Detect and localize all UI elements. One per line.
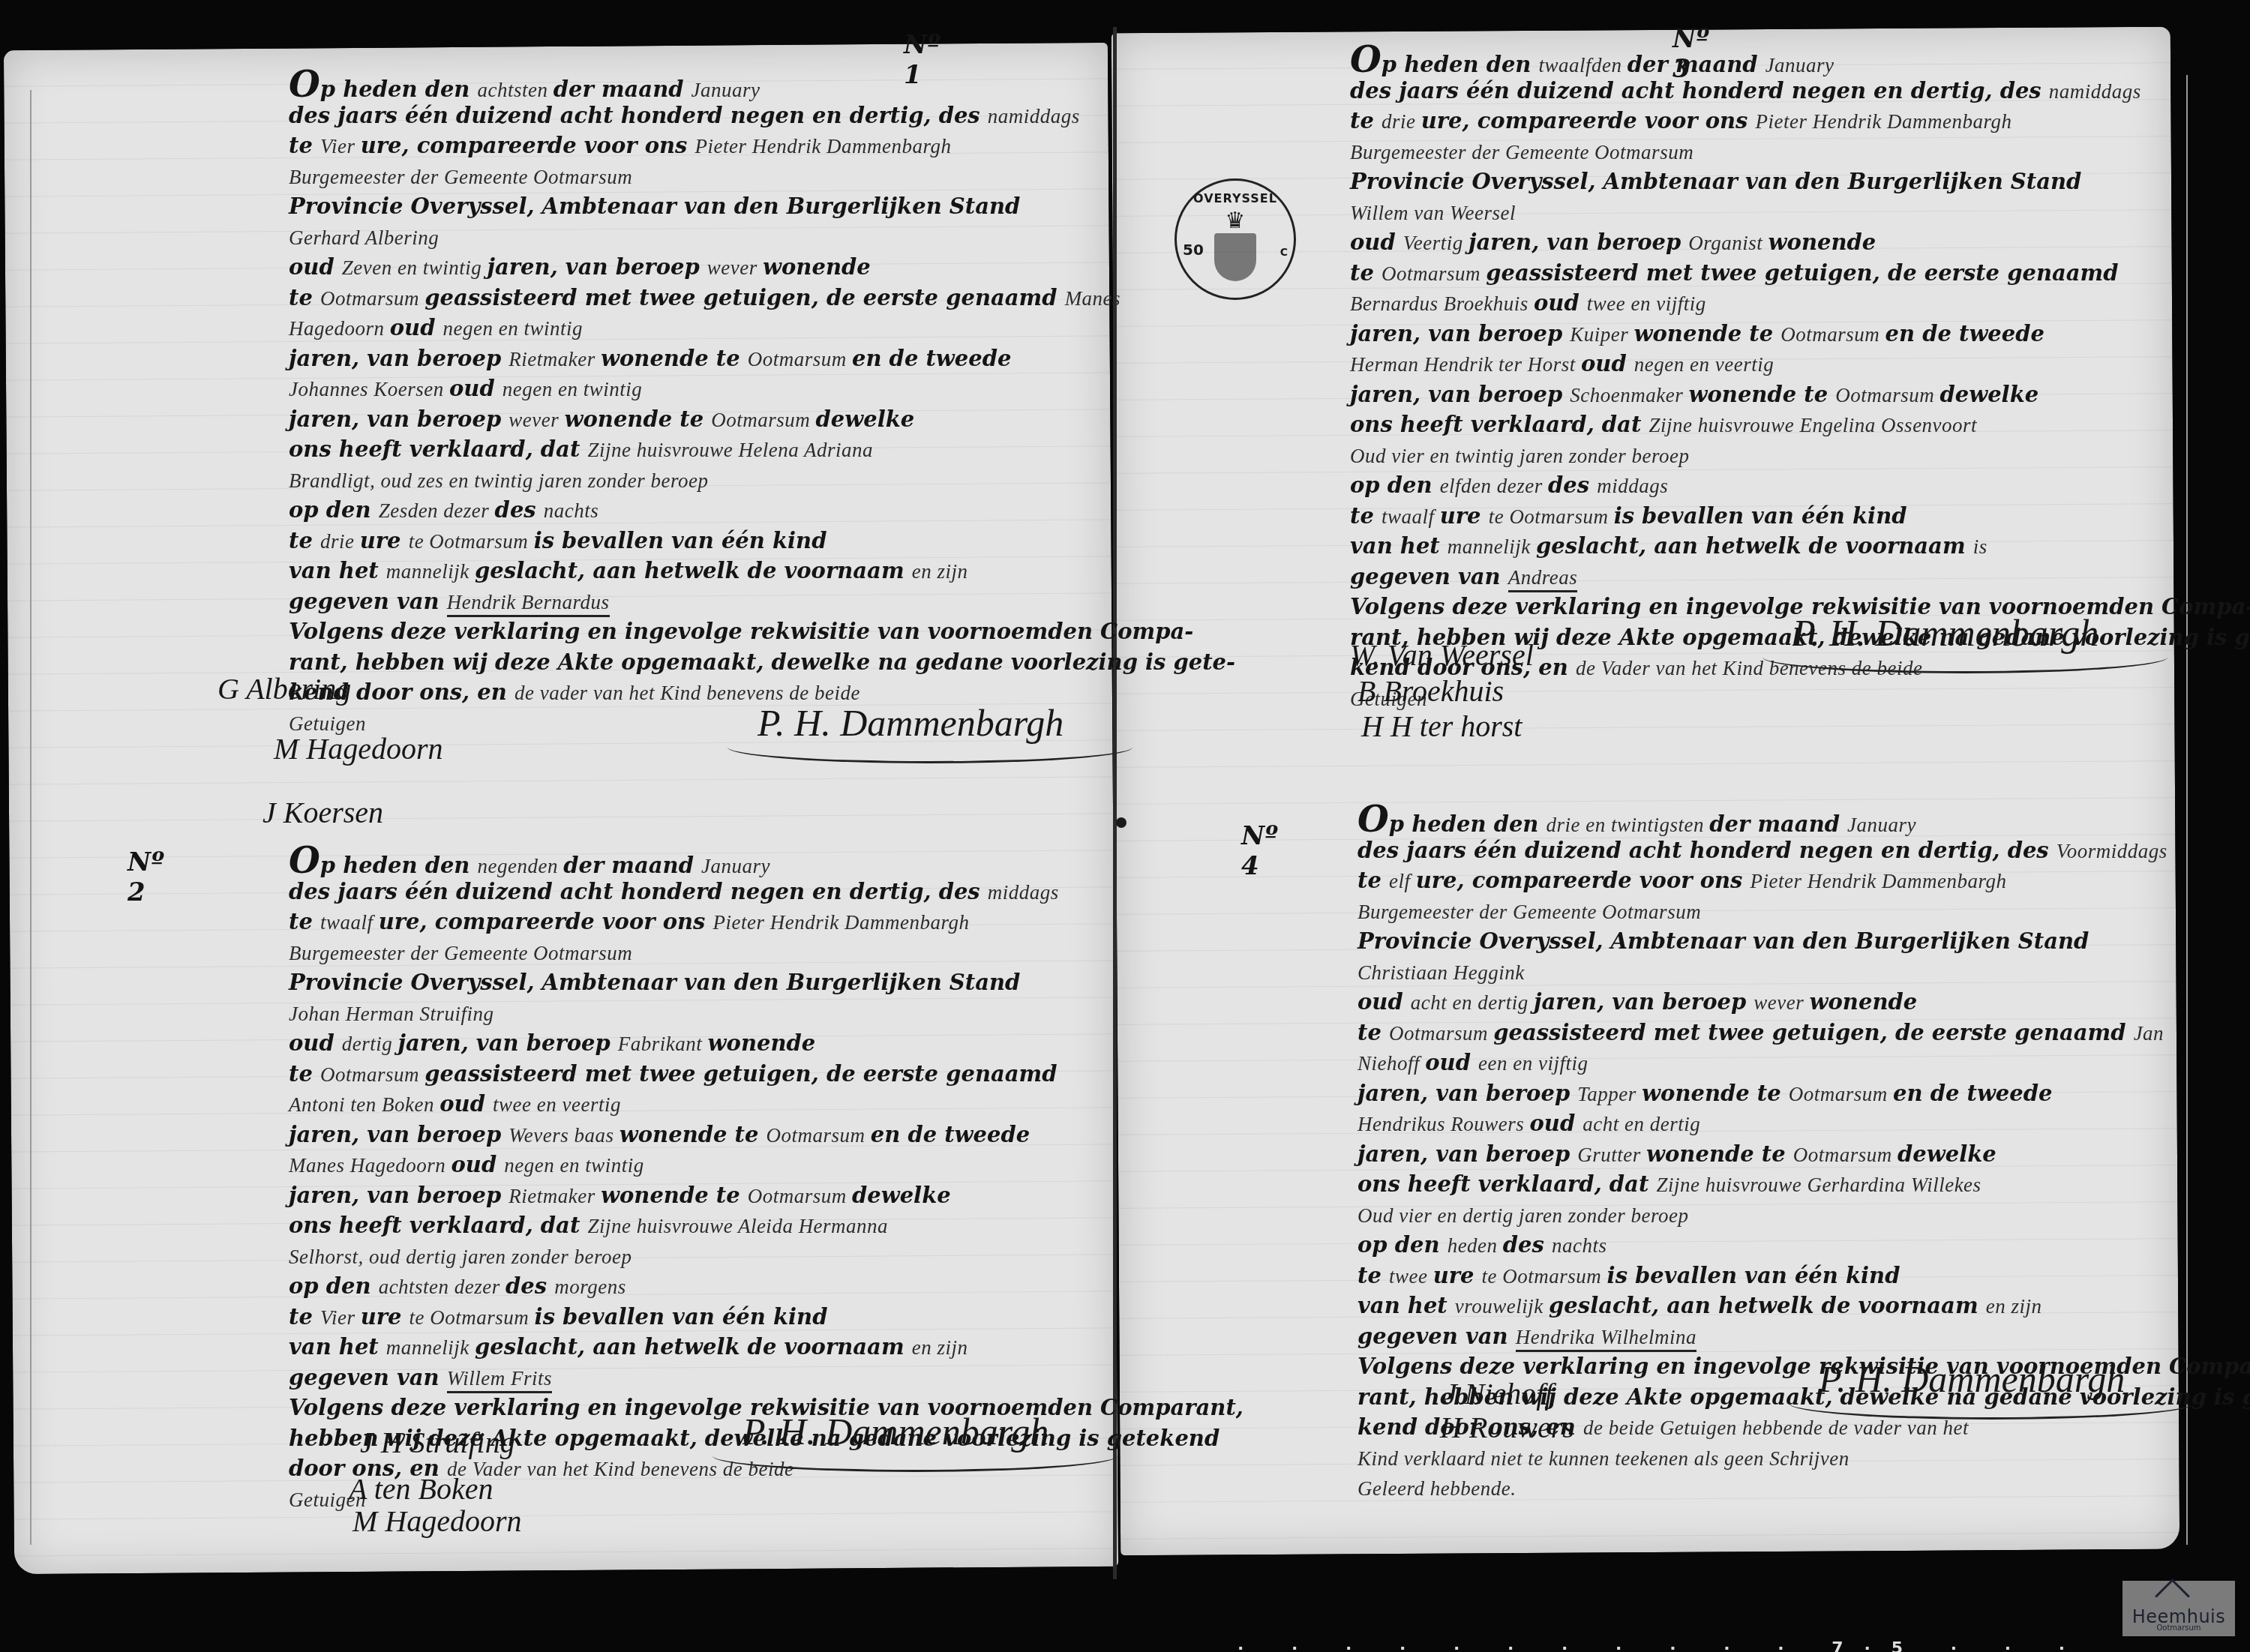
printed-text: jaren, van beroep (1350, 382, 1570, 407)
handwritten-entry: en zijn (912, 560, 968, 583)
printed-text: Provincie Overyssel, Ambtenaar van den B… (1357, 928, 2089, 954)
record-line: oud dertig jaren, van beroep Fabrikant w… (289, 1030, 815, 1057)
printed-text: wonende te (1634, 321, 1781, 346)
printed-text: ons heeft verklaard, dat (289, 436, 587, 462)
record-line: te Ootmarsum geassisteerd met twee getui… (1357, 1019, 2164, 1047)
printed-text: op den (1350, 472, 1440, 498)
overyssel-seal-stamp: OVERYSSEL ♛ 50 C (1174, 178, 1296, 300)
handwritten-entry: acht en dertig (1582, 1113, 1700, 1135)
handwritten-entry: Johan Herman Struifing (289, 1003, 494, 1025)
printed-text: te (1350, 503, 1381, 529)
printed-text: geslacht, aan hetwelk de voornaam (1536, 533, 1973, 559)
printed-text: des (1503, 1232, 1552, 1258)
handwritten-entry: morgens (554, 1276, 626, 1298)
printed-text: dewelke (852, 1183, 951, 1208)
handwritten-entry: Ootmarsum (711, 409, 815, 431)
printed-text: te (289, 1304, 320, 1330)
handwritten-entry: te Ootmarsum (409, 1306, 535, 1329)
printed-text: wonende (708, 1030, 816, 1056)
handwritten-entry: mannelijk (386, 560, 475, 583)
handwritten-entry: Antoni ten Boken (289, 1093, 439, 1116)
handwritten-entry: Zijne huisvrouwe Aleida Hermanna (587, 1215, 888, 1237)
witness-signature: G Albering (217, 671, 351, 706)
handwritten-entry: acht en dertig (1411, 991, 1534, 1014)
record-line: Christiaan Heggink (1357, 958, 1525, 986)
record-line: des jaars één duizend acht honderd negen… (1350, 77, 2141, 105)
handwritten-entry: en zijn (1986, 1295, 2042, 1318)
printed-text: wonende te (601, 1183, 748, 1208)
printed-text: geslacht, aan hetwelk de voornaam (1549, 1293, 1986, 1318)
printed-text: geslacht, aan hetwelk de voornaam (475, 558, 912, 583)
handwritten-entry: wever (508, 409, 564, 431)
record-line: te drie ure, compareerde voor ons Pieter… (1350, 107, 2011, 135)
printed-text: op den (1357, 1232, 1447, 1258)
printed-text: p heden den (1381, 52, 1539, 77)
handwritten-entry: Organist (1688, 232, 1768, 254)
printed-text: dewelke (1897, 1141, 1996, 1167)
record-line: Hagedoorn oud negen en twintig (289, 314, 583, 342)
handwritten-entry: Ootmarsum (748, 348, 852, 370)
handwritten-entry: Vier (320, 135, 361, 157)
printed-text: en de tweede (1893, 1081, 2052, 1106)
handwritten-entry: negen en twintig (502, 378, 642, 400)
witness-signature: J Koersen (262, 795, 383, 830)
printed-text: jaren, van beroep (289, 406, 508, 432)
witness-signature: A ten Boken (349, 1471, 493, 1507)
printed-text: te (1350, 260, 1381, 286)
witness-signature: B Broekhuis (1357, 673, 1504, 709)
printed-text: te (289, 285, 320, 310)
handwritten-entry: te Ootmarsum (1489, 505, 1614, 528)
record-line: Provincie Overyssel, Ambtenaar van den B… (1350, 168, 2081, 195)
printed-text: rant, hebben wij deze Akte opgemaakt, de… (289, 649, 1235, 675)
printed-text: oud (1357, 989, 1411, 1015)
initial-capital: O (289, 840, 320, 882)
printed-text: wonende (763, 254, 871, 280)
child-given-name: Andreas (1508, 566, 1578, 592)
handwritten-entry: achtsten dezer (379, 1276, 505, 1298)
printed-text: te (1357, 1020, 1389, 1045)
printed-text: oud (1534, 290, 1587, 316)
printed-text: p heden den (320, 76, 478, 102)
record-line: des jaars één duizend acht honderd negen… (1357, 837, 2167, 865)
printed-text: te (1357, 1263, 1389, 1288)
printed-text: oud (1425, 1050, 1478, 1075)
record-line: op den elfden dezer des middags (1350, 472, 1668, 499)
record-line: te Vier ure te Ootmarsum is bevallen van… (289, 1303, 827, 1331)
printed-text: en de tweede (852, 346, 1011, 371)
handwritten-entry: twaalf (1381, 505, 1440, 528)
record-line: Antoni ten Boken oud twee en veertig (289, 1090, 621, 1118)
record-number: Nº 1 (904, 30, 941, 90)
handwritten-entry: middags (1597, 475, 1668, 497)
record-line: Johan Herman Struifing (289, 1000, 494, 1027)
printed-text: jaren, van beroep (1534, 989, 1753, 1015)
record-line: Herman Hendrik ter Horst oud negen en ve… (1350, 350, 1774, 378)
handwritten-entry: Schoenmaker (1570, 384, 1688, 406)
record-line: te Ootmarsum geassisteerd met twee getui… (289, 284, 1120, 312)
handwritten-entry: Hagedoorn (289, 317, 390, 340)
binding-thread-icon (1116, 817, 1126, 828)
printed-text: wonende (1810, 989, 1918, 1015)
printed-text: oud (451, 1152, 504, 1177)
heemhuis-logo: Heemhuis Ootmarsum (2122, 1581, 2235, 1636)
printed-text: p heden den (1389, 811, 1546, 837)
record-line: Burgemeester der Gemeente Ootmarsum (1350, 138, 1693, 166)
record-line: Niehoff oud een en vijftig (1357, 1049, 1588, 1077)
printed-text: der maand (1627, 52, 1765, 77)
handwritten-entry: Burgemeester der Gemeente Ootmarsum (289, 166, 632, 188)
handwritten-entry: Vier (320, 1306, 361, 1329)
handwritten-entry: Gerhard Albering (289, 226, 439, 249)
record-line: Op heden den drie en twintigsten der maa… (1357, 806, 1916, 838)
printed-text: oud (449, 376, 502, 401)
record-line: jaren, van beroep Rietmaker wonende te O… (289, 345, 1011, 373)
printed-text: te (1350, 108, 1381, 133)
handwritten-entry: nachts (1552, 1234, 1607, 1257)
record-line: Op heden den achtsten der maand January (289, 71, 760, 103)
record-line: van het mannelijk geslacht, aan hetwelk … (1350, 532, 1987, 560)
record-line: Brandligt, oud zes en twintig jaren zond… (289, 466, 708, 494)
printed-text: te (289, 1061, 320, 1087)
record-line: Geleerd hebbende. (1357, 1474, 1516, 1502)
record-line: te twaalf ure, compareerde voor ons Piet… (289, 908, 969, 936)
printed-text: ure (361, 1304, 409, 1330)
printed-text: gegeven van (289, 1365, 447, 1390)
handwritten-entry: Johannes Koersen (289, 378, 449, 400)
record-line: te Ootmarsum geassisteerd met twee getui… (289, 1060, 1057, 1088)
record-line: Provincie Overyssel, Ambtenaar van den B… (289, 193, 1020, 220)
handwritten-entry: Ootmarsum (1835, 384, 1939, 406)
printed-text: Provincie Overyssel, Ambtenaar van den B… (289, 970, 1020, 995)
printed-text: dewelke (815, 406, 914, 432)
handwritten-entry: Willem van Weersel (1350, 202, 1516, 224)
printed-text: des (495, 497, 544, 523)
record-line: des jaars één duizend acht honderd negen… (289, 102, 1080, 130)
record-line: gegeven van Willem Frits (289, 1364, 552, 1392)
initial-capital: O (289, 64, 320, 106)
printed-text: en de tweede (871, 1122, 1030, 1147)
record-line: Bernardus Broekhuis oud twee en vijftig (1350, 289, 1706, 317)
handwritten-entry: negen en twintig (504, 1154, 643, 1177)
handwritten-entry: Bernardus Broekhuis (1350, 292, 1534, 315)
handwritten-entry: negen en twintig (443, 317, 583, 340)
printed-text: van het (1357, 1293, 1455, 1318)
handwritten-entry: drie (320, 530, 360, 553)
handwritten-entry: Jan (2134, 1022, 2164, 1045)
handwritten-entry: achtsten (478, 79, 553, 101)
handwritten-entry: Ootmarsum (1381, 262, 1486, 285)
printed-text: van het (1350, 533, 1447, 559)
handwritten-entry: de beide Getuigen hebbende de vader van … (1583, 1417, 1969, 1439)
handwritten-entry: Christiaan Heggink (1357, 961, 1525, 984)
record-line: jaren, van beroep Schoenmaker wonende te… (1350, 381, 2038, 409)
printed-text: der maand (563, 853, 701, 878)
handwritten-entry: Niehoff (1357, 1052, 1425, 1075)
printed-text: geslacht, aan hetwelk de voornaam (475, 1334, 912, 1360)
handwritten-entry: Ootmarsum (1780, 323, 1885, 346)
handwritten-entry: Herman Hendrik ter Horst (1350, 353, 1581, 376)
handwritten-entry: Voormiddags (2056, 840, 2167, 862)
printed-text: oud (390, 315, 443, 340)
printed-text: wonende te (601, 346, 748, 371)
handwritten-entry: Ootmarsum (766, 1124, 871, 1147)
handwritten-entry: Burgemeester der Gemeente Ootmarsum (1357, 901, 1701, 923)
printed-text: ure, compareerde voor ons (361, 133, 695, 158)
handwritten-entry: Ootmarsum (1793, 1144, 1897, 1166)
record-line: Oud vier en twintig jaren zonder beroep (1350, 442, 1689, 469)
printed-text: en de tweede (1885, 321, 2044, 346)
record-number: Nº 4 (1241, 821, 1279, 881)
crown-icon: ♛ (1177, 208, 1294, 234)
handwritten-entry: twee (1389, 1265, 1433, 1288)
record-line: Provincie Overyssel, Ambtenaar van den B… (289, 969, 1020, 996)
record-line: jaren, van beroep wever wonende te Ootma… (289, 406, 914, 433)
printed-text: ons heeft verklaard, dat (289, 1213, 587, 1238)
printed-text: des (505, 1273, 554, 1299)
handwritten-entry: Zijne huisvrouwe Engelina Ossenvoort (1648, 414, 1977, 436)
handwritten-entry: elf (1389, 870, 1416, 892)
handwritten-entry: heden (1447, 1234, 1503, 1257)
record-line: oud acht en dertig jaren, van beroep wev… (1357, 988, 1917, 1016)
handwritten-entry: Pieter Hendrik Dammenbargh (713, 911, 970, 934)
handwritten-entry: te Ootmarsum (409, 530, 534, 553)
handwritten-entry: drie en twintigsten (1546, 814, 1710, 836)
signature-flourish (1789, 1387, 2194, 1420)
printed-text: geassisteerd met twee getuigen, de eerst… (1486, 260, 2118, 286)
stamp-value-text: 50 (1183, 241, 1204, 259)
record-line: jaren, van beroep Grutter wonende te Oot… (1357, 1141, 1996, 1168)
handwritten-entry: Burgemeester der Gemeente Ootmarsum (1350, 141, 1693, 163)
record-line: Oud vier en dertig jaren zonder beroep (1357, 1201, 1688, 1229)
handwritten-entry: namiddags (988, 105, 1080, 127)
handwritten-entry: Brandligt, oud zes en twintig jaren zond… (289, 469, 708, 492)
record-line: Burgemeester der Gemeente Ootmarsum (1357, 898, 1701, 925)
printed-text: jaren, van beroep (289, 1183, 508, 1208)
printed-text: gegeven van (1350, 564, 1508, 589)
record-line: gegeven van Hendrik Bernardus (289, 588, 610, 616)
printed-text: wonende te (1642, 1081, 1789, 1106)
handwritten-entry: Ootmarsum (1789, 1083, 1893, 1105)
printed-text: op den (289, 1273, 379, 1299)
printed-text: ons heeft verklaard, dat (1357, 1171, 1656, 1197)
printed-text: jaren, van beroep (398, 1030, 618, 1056)
witness-signature: J Niehoff (1444, 1376, 1553, 1411)
printed-text: der maand (1709, 811, 1847, 837)
printed-text: jaren, van beroep (289, 1122, 508, 1147)
handwritten-entry: Burgemeester der Gemeente Ootmarsum (289, 942, 632, 964)
witness-signature: M Hagedoorn (352, 1504, 522, 1539)
record-line: op den Zesden dezer des nachts (289, 496, 598, 524)
record-line: gegeven van Andreas (1350, 563, 1577, 591)
handwritten-entry: Ootmarsum (748, 1185, 852, 1207)
printed-text: jaren, van beroep (1357, 1141, 1577, 1167)
record-line: te drie ure te Ootmarsum is bevallen van… (289, 527, 826, 555)
printed-text: ons heeft verklaard, dat (1350, 412, 1648, 437)
handwritten-entry: January (1765, 54, 1834, 76)
book-gutter (1113, 27, 1117, 1579)
record-number: Nº 2 (127, 847, 165, 907)
record-line: jaren, van beroep Tapper wonende te Ootm… (1357, 1080, 2053, 1108)
handwritten-entry: twee en veertig (493, 1093, 621, 1116)
printed-text: des (1548, 472, 1597, 498)
printed-text: oud (1350, 229, 1403, 255)
printed-text: des jaars één duizend acht honderd negen… (1357, 838, 2056, 863)
film-caption: · · · · · · · · · · · 7·5 · · · (1237, 1639, 2086, 1652)
handwritten-entry: een en vijftig (1478, 1052, 1588, 1075)
printed-text: is bevallen van één kind (535, 1304, 828, 1330)
record-line: oud Veertig jaren, van beroep Organist w… (1350, 229, 1876, 256)
witness-signature: H Rouwers (1440, 1410, 1574, 1445)
printed-text: Volgens deze verklaring en ingevolge rek… (289, 619, 1193, 644)
handwritten-entry: twaalfden (1539, 54, 1627, 76)
witness-signature: H H ter horst (1361, 709, 1522, 744)
handwritten-entry: en zijn (912, 1336, 968, 1359)
printed-text: te (289, 909, 320, 934)
record-line: te twee ure te Ootmarsum is bevallen van… (1357, 1262, 1900, 1290)
printed-text: geassisteerd met twee getuigen, de eerst… (1493, 1020, 2133, 1045)
printed-text: ure (360, 528, 409, 553)
record-line: te Ootmarsum geassisteerd met twee getui… (1350, 259, 2119, 287)
record-line: op den achtsten dezer des morgens (289, 1273, 626, 1300)
printed-text: ure (1433, 1263, 1482, 1288)
handwritten-entry: drie (1381, 110, 1421, 133)
record-line: Burgemeester der Gemeente Ootmarsum (289, 939, 632, 967)
handwritten-entry: Zijne huisvrouwe Helena Adriana (587, 439, 873, 461)
child-given-name: Hendrika Wilhelmina (1516, 1326, 1696, 1352)
handwritten-entry: January (701, 855, 770, 877)
handwritten-entry: te Ootmarsum (1482, 1265, 1607, 1288)
printed-text: dewelke (1939, 382, 2038, 407)
printed-text: des jaars één duizend acht honderd negen… (289, 879, 988, 904)
handwritten-entry: January (691, 79, 760, 101)
printed-text: oud (289, 254, 342, 280)
printed-text: oud (1581, 351, 1634, 376)
handwritten-entry: Oud vier en dertig jaren zonder beroep (1357, 1204, 1688, 1227)
record-line: ons heeft verklaard, dat Zijne huisvrouw… (1357, 1171, 1981, 1198)
printed-text: ure, compareerde voor ons (1421, 108, 1756, 133)
register-spread: OVERYSSEL ♛ 50 C Nº 1Op heden den achtst… (0, 0, 2250, 1652)
record-line: Hendrikus Rouwers oud acht en dertig (1357, 1110, 1700, 1138)
record-line: oud Zeven en twintig jaren, van beroep w… (289, 253, 871, 281)
printed-text: jaren, van beroep (1468, 229, 1688, 255)
handwritten-entry: Tapper (1577, 1083, 1642, 1105)
printed-text: Provincie Overyssel, Ambtenaar van den B… (1350, 169, 2081, 194)
stamp-province-text: OVERYSSEL (1177, 191, 1294, 205)
printed-text: jaren, van beroep (487, 254, 707, 280)
printed-text: p heden den (320, 853, 478, 878)
coat-of-arms-icon (1214, 233, 1256, 281)
printed-text: jaren, van beroep (1350, 321, 1570, 346)
handwritten-entry: Pieter Hendrik Dammenbargh (1756, 110, 2012, 133)
record-line: Selhorst, oud dertig jaren zonder beroep (289, 1243, 631, 1270)
record-line: van het mannelijk geslacht, aan hetwelk … (289, 1333, 967, 1361)
handwritten-entry: Pieter Hendrik Dammenbargh (695, 135, 952, 157)
printed-text: wonende te (565, 406, 712, 432)
handwritten-entry: Rietmaker (508, 1185, 601, 1207)
record-line: Op heden den twaalfden der maand January (1350, 46, 1834, 79)
printed-text: gegeven van (1357, 1324, 1516, 1349)
record-line: op den heden des nachts (1357, 1231, 1607, 1259)
witness-signature: M Hagedoorn (274, 731, 443, 766)
signature-flourish (1762, 641, 2167, 673)
handwritten-entry: Zijne huisvrouwe Gerhardina Willekes (1656, 1174, 1981, 1196)
printed-text: van het (289, 558, 386, 583)
printed-text: te (289, 528, 320, 553)
printed-text: van het (289, 1334, 386, 1360)
logo-subtitle: Ootmarsum (2122, 1624, 2235, 1633)
handwritten-entry: Fabrikant (618, 1033, 708, 1055)
printed-text: te (289, 133, 320, 158)
record-line: rant, hebben wij deze Akte opgemaakt, de… (289, 649, 1235, 676)
record-line: jaren, van beroep Kuiper wonende te Ootm… (1350, 320, 2044, 348)
handwritten-entry: dertig (342, 1033, 398, 1055)
signature-flourish (727, 731, 1132, 763)
handwritten-entry: is (1973, 535, 1987, 558)
record-line: Johannes Koersen oud negen en twintig (289, 375, 642, 403)
handwritten-entry: twaalf (320, 911, 379, 934)
printed-text: oud (1529, 1111, 1582, 1136)
child-given-name: Hendrik Bernardus (447, 591, 610, 617)
printed-text: is bevallen van één kind (1607, 1263, 1900, 1288)
record-line: jaren, van beroep Wevers baas wonende te… (289, 1121, 1030, 1149)
printed-text: wonende te (619, 1122, 766, 1147)
handwritten-entry: Ootmarsum (1389, 1022, 1493, 1045)
printed-text: wonende te (1689, 382, 1836, 407)
initial-capital: O (1357, 799, 1389, 841)
handwritten-entry: Pieter Hendrik Dammenbargh (1750, 870, 2007, 892)
printed-text: geassisteerd met twee getuigen, de eerst… (424, 285, 1064, 310)
handwritten-entry: Ootmarsum (320, 1063, 424, 1086)
handwritten-entry: Zesden dezer (379, 499, 495, 522)
witness-signature: J H Struifing (360, 1425, 515, 1460)
record-line: jaren, van beroep Rietmaker wonende te O… (289, 1182, 951, 1210)
printed-text: oud (289, 1030, 342, 1056)
handwritten-entry: mannelijk (386, 1336, 475, 1359)
record-line: Manes Hagedoorn oud negen en twintig (289, 1151, 644, 1179)
printed-text: Provincie Overyssel, Ambtenaar van den B… (289, 193, 1020, 219)
handwritten-entry: Kind verklaard niet te kunnen teekenen a… (1357, 1447, 1849, 1470)
record-line: van het mannelijk geslacht, aan hetwelk … (289, 557, 967, 585)
printed-text: gegeven van (289, 589, 447, 614)
record-line: ons heeft verklaard, dat Zijne huisvrouw… (289, 1212, 888, 1240)
handwritten-entry: negenden (478, 855, 564, 877)
printed-text: des jaars één duizend acht honderd negen… (1350, 78, 2049, 103)
record-line: te Vier ure, compareerde voor ons Pieter… (289, 132, 951, 160)
handwritten-entry: January (1847, 814, 1916, 836)
handwritten-entry: Kuiper (1570, 323, 1633, 346)
record-line: ons heeft verklaard, dat Zijne huisvrouw… (1350, 411, 1977, 439)
handwritten-entry: namiddags (2049, 80, 2141, 103)
handwritten-entry: twee en vijftig (1587, 292, 1706, 315)
printed-text: oud (439, 1091, 493, 1117)
right-margin-rule (2186, 75, 2188, 1545)
printed-text: ure, compareerde voor ons (379, 909, 713, 934)
printed-text: jaren, van beroep (1357, 1081, 1577, 1106)
handwritten-entry: negen en veertig (1634, 353, 1774, 376)
record-line: Volgens deze verklaring en ingevolge rek… (289, 618, 1193, 645)
printed-text: is bevallen van één kind (1614, 503, 1907, 529)
handwritten-entry: Geleerd hebbende. (1357, 1477, 1516, 1500)
witness-signature: W. Van Weersel (1350, 637, 1534, 673)
record-line: Gerhard Albering (289, 223, 439, 251)
handwritten-entry: Manes (1065, 287, 1120, 310)
handwritten-entry: elfden dezer (1440, 475, 1548, 497)
initial-capital: O (1350, 39, 1381, 81)
handwritten-entry: Grutter (1577, 1144, 1646, 1166)
handwritten-entry: middags (988, 881, 1059, 904)
handwritten-entry: Zeven en twintig (342, 256, 487, 279)
